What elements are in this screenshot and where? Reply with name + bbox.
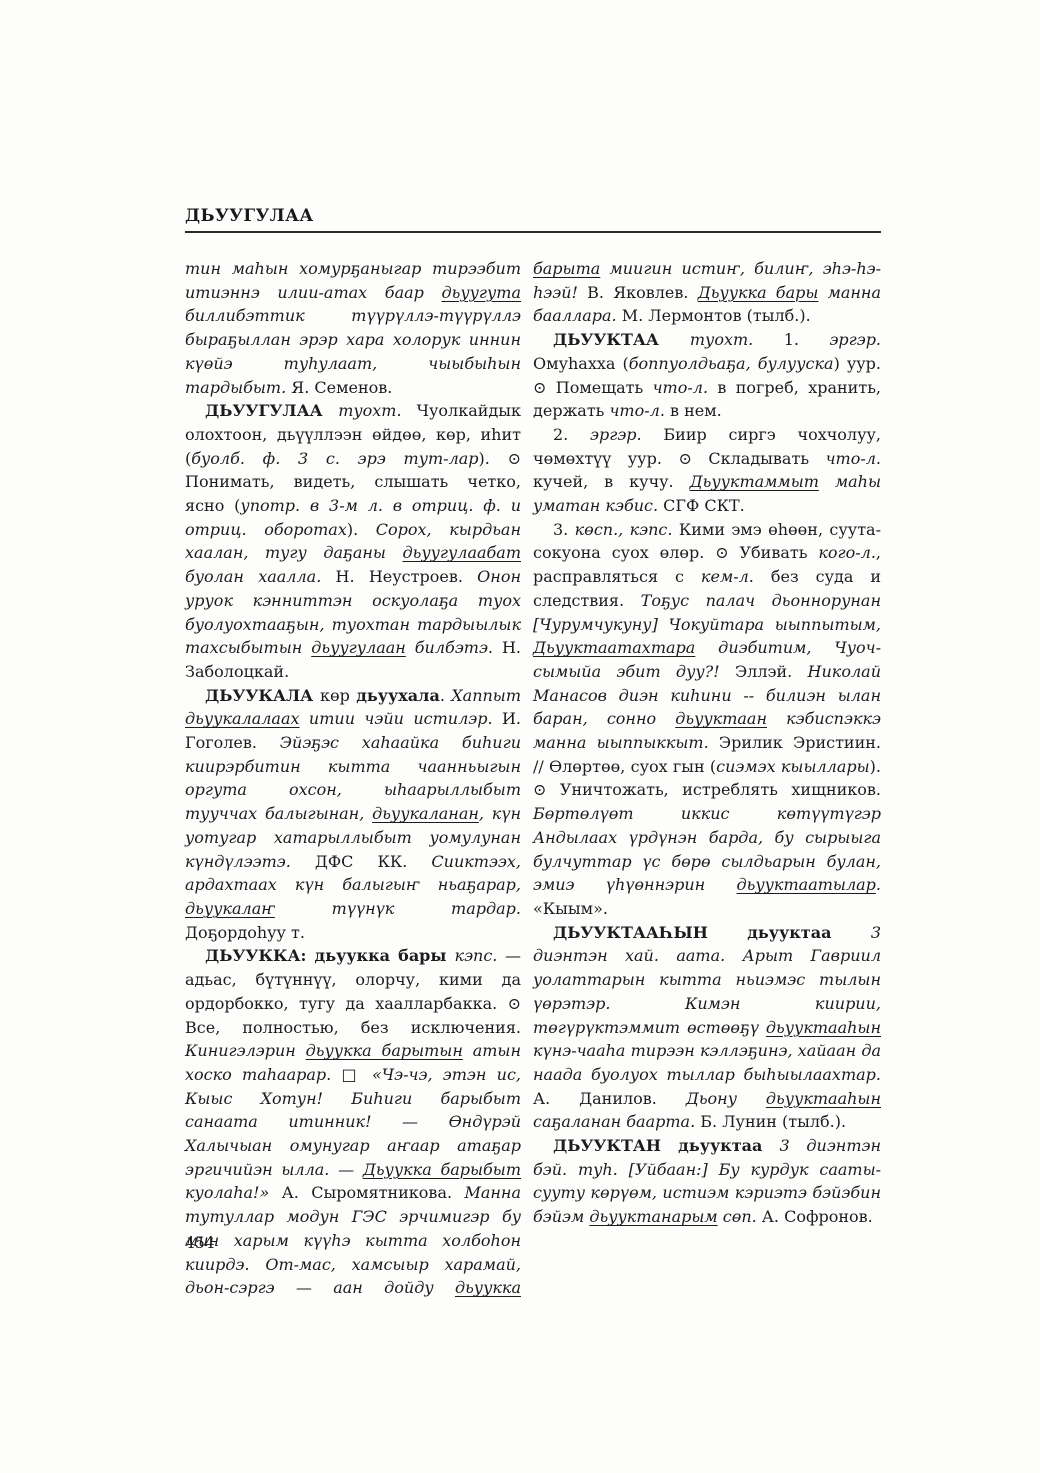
text-run: дьууктаан: [675, 709, 767, 728]
page-number: 454: [185, 1234, 215, 1252]
dictionary-page: ДЬУУГУЛАА тин маһын хомурҕаныгар тирээби…: [0, 0, 1040, 1473]
text-run: дьууктааһын: [766, 1089, 881, 1108]
two-column-text: тин маһын хомурҕаныгар тирээбит итиэннэ …: [185, 257, 881, 1300]
text-run: билбэтэ.: [406, 638, 502, 657]
text-run: А. Сыромятникова.: [282, 1183, 465, 1202]
entry-paragraph: барыта миигин истиҥ, билиҥ, эһэ-һэ-һээй!…: [533, 257, 881, 328]
text-run: что-л.: [653, 378, 718, 397]
text-run: □: [342, 1065, 373, 1084]
text-run: Дьуукка барыбыт: [363, 1160, 521, 1179]
text-run: ).: [347, 520, 376, 539]
text-run: дьуугута: [442, 283, 522, 302]
text-run: сөп.: [718, 1207, 762, 1226]
text-run: Эллэй.: [735, 662, 808, 681]
text-run: в нем.: [670, 401, 722, 420]
running-header: ДЬУУГУЛАА: [185, 206, 881, 226]
text-run: Дьууктаатахтара: [533, 638, 695, 657]
text-run: күнэ-чааһа тирээн кэллэҕинэ, хайаан да н…: [533, 1041, 881, 1084]
entry-paragraph: ДЬУУКТААҺЫН дьууктаа 3 диэнтэн хай. аата…: [533, 921, 881, 1134]
text-run: кэпс.: [455, 946, 506, 965]
text-run: Я. Семенов.: [291, 378, 392, 397]
text-run: М. Лермонтов (тылб.).: [622, 306, 811, 325]
text-run: түүнүк тардар.: [275, 899, 521, 918]
text-run: .: [876, 875, 881, 894]
text-run: көр: [320, 686, 356, 705]
text-run: Дьуукка бары: [698, 283, 819, 302]
text-run: 3.: [553, 520, 575, 539]
text-run: что-л.: [826, 449, 881, 468]
text-run: кем-л.: [701, 567, 771, 586]
text-run: Доҕордоһуу т.: [185, 923, 305, 942]
text-run: Омуһахха (: [533, 354, 629, 373]
text-run: итии чэйи истилэр.: [300, 709, 502, 728]
text-run: ДЬУУКТААҺЫН: [553, 923, 747, 942]
text-run: туохт.: [690, 330, 784, 349]
text-run: дьуухала: [356, 686, 440, 705]
text-run: ДЬУУГУЛАА: [205, 401, 338, 420]
text-run: кого-л.: [818, 543, 876, 562]
text-run: что-л.: [609, 401, 670, 420]
header-rule: [185, 231, 881, 233]
text-run: 1.: [784, 330, 830, 349]
text-run: .: [440, 686, 451, 705]
text-run: дьуукка барытын: [306, 1041, 463, 1060]
text-run: В. Яковлев.: [587, 283, 698, 302]
text-run: сиэмэх кыыллары: [716, 757, 870, 776]
entry-paragraph: ДЬУУКТАН дьууктаа 3 диэнтэн бэй. туһ. [У…: [533, 1134, 881, 1229]
text-run: дьуукка: [455, 1278, 521, 1297]
text-run: ДЬУУКТАН: [553, 1136, 678, 1155]
entry-paragraph: ДЬУУГУЛАА туохт. Чуолкайдык олохтоон, дь…: [185, 399, 521, 683]
text-run: дьууктааһын: [766, 1018, 881, 1037]
text-run: дьууктаатылар: [737, 875, 876, 894]
text-run: эргэр.: [829, 330, 881, 349]
text-run: дьууктаа: [678, 1136, 779, 1155]
text-run: А. Софронов.: [762, 1207, 873, 1226]
text-run: дьууктанарым: [589, 1207, 717, 1226]
entry-paragraph: тин маһын хомурҕаныгар тирээбит итиэннэ …: [185, 257, 521, 399]
text-run: дьуугулаабат: [402, 543, 521, 562]
text-run: куолаһа!»: [185, 1183, 282, 1202]
text-block: ДЬУУГУЛАА тин маһын хомурҕаныгар тирээби…: [185, 206, 881, 1300]
text-run: саҕаланан баарта.: [533, 1112, 700, 1131]
entry-paragraph: ДЬУУКТАА туохт. 1. эргэр. Омуһахха (бопп…: [533, 328, 881, 423]
text-run: дьуукаланан: [372, 804, 479, 823]
entry-paragraph: 3. көсп., кэпс. Кими эмэ өһөөн, суута-со…: [533, 518, 881, 921]
text-run: дьуугулаан: [311, 638, 406, 657]
text-run: туохт.: [338, 401, 416, 420]
entry-paragraph: ДЬУУККА: дьуукка бары кэпс. — адьас, бүт…: [185, 944, 521, 1300]
text-run: Н. Неустроев.: [336, 567, 478, 586]
column-right: барыта миигин истиҥ, билиҥ, эһэ-һэ-һээй!…: [533, 257, 881, 1300]
entry-paragraph: 2. эргэр. Биир сиргэ чохчолуу, чөмөхтүү …: [533, 423, 881, 518]
text-run: «Кыым».: [533, 899, 608, 918]
text-run: Кинигэлэрин: [185, 1041, 306, 1060]
text-run: буолб. ф. 3 с. эрэ тут-лар: [191, 449, 478, 468]
text-run: Дьууктаммыт: [690, 472, 819, 491]
text-run: ДЬУУКТАА: [553, 330, 690, 349]
text-run: барыта: [533, 259, 600, 278]
text-run: көсп., кэпс.: [575, 520, 679, 539]
entry-paragraph: ДЬУУКАЛА көр дьуухала. Хаппыт дьуукалала…: [185, 684, 521, 945]
text-run: дьууктаа: [747, 923, 871, 942]
text-run: 2.: [553, 425, 590, 444]
text-run: дьуукалаҥ: [185, 899, 275, 918]
column-left: тин маһын хомурҕаныгар тирээбит итиэннэ …: [185, 257, 521, 1300]
text-run: буолан хаалла.: [185, 567, 336, 586]
text-run: боппуолдьаҕа, булууска: [629, 354, 834, 373]
text-run: Дьону: [686, 1089, 766, 1108]
text-run: эргэр.: [590, 425, 663, 444]
text-run: ДЬУУККА: дьуукка бары: [205, 946, 455, 965]
text-run: СГФ СКТ.: [663, 496, 745, 515]
text-run: ДФС КК.: [315, 852, 432, 871]
text-run: А. Данилов.: [533, 1089, 686, 1108]
text-run: Б. Лунин (тылб.).: [700, 1112, 846, 1131]
text-run: Хаппыт: [451, 686, 521, 705]
text-run: ДЬУУКАЛА: [205, 686, 320, 705]
text-run: кучей, в кучу.: [533, 472, 690, 491]
text-run: дьуукалалаах: [185, 709, 300, 728]
